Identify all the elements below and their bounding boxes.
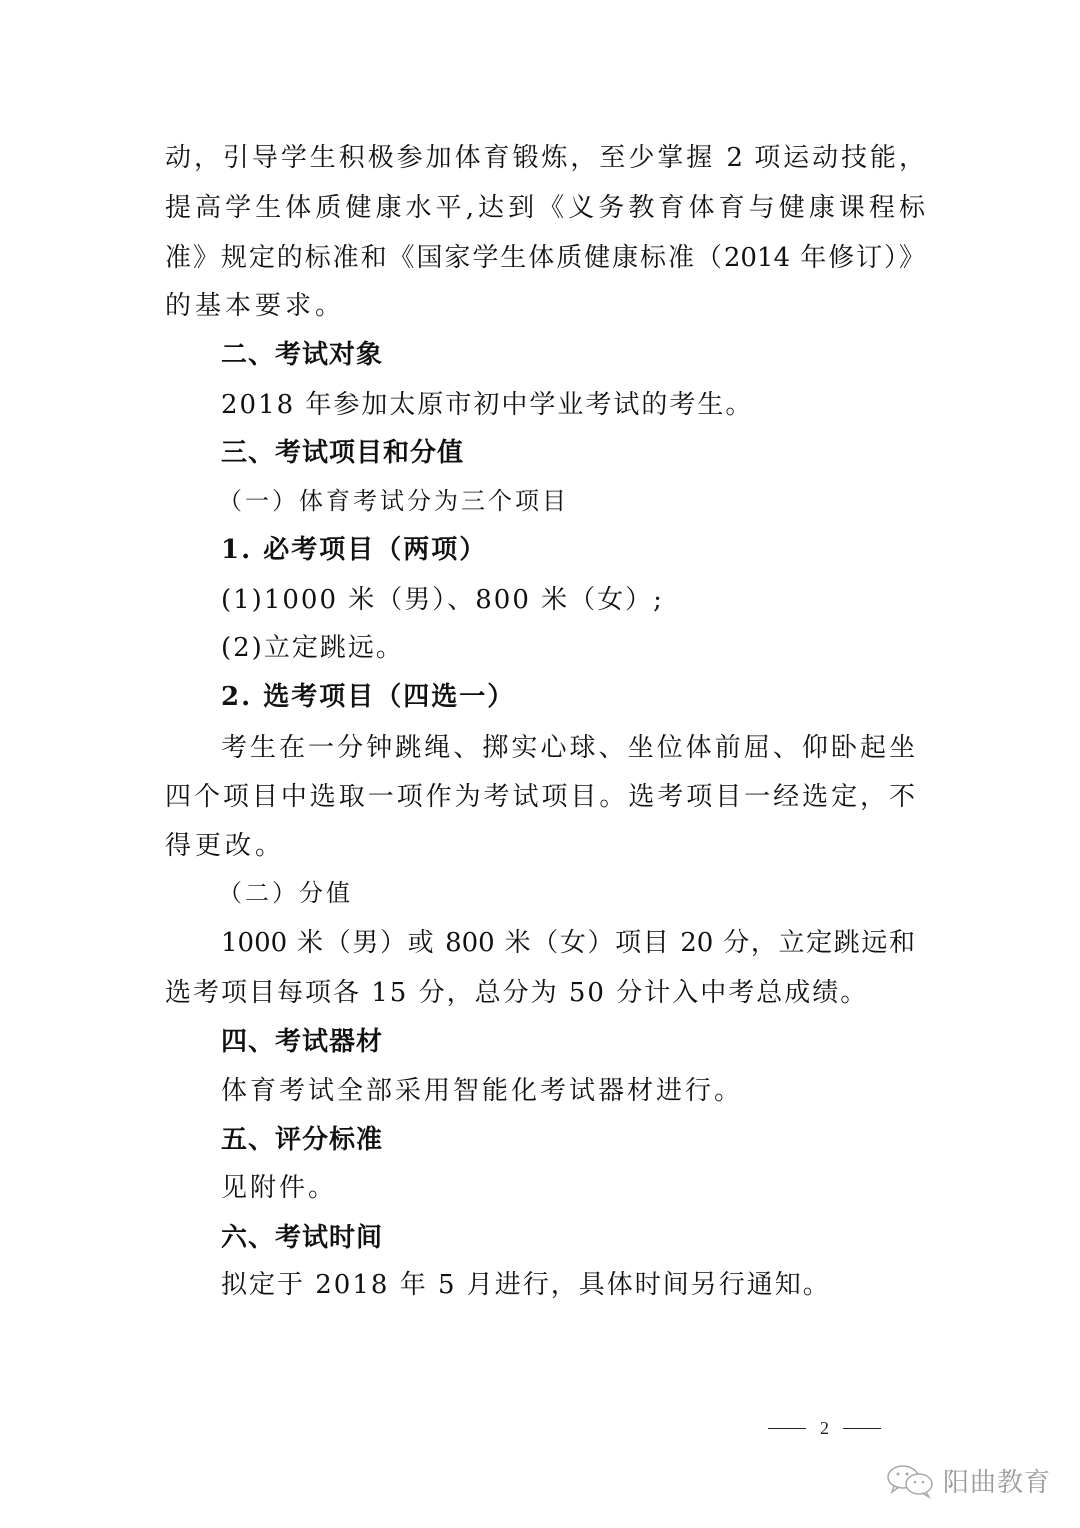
paragraph-line: 选考项目每项各 15 分，总分为 50 分计入中考总成绩。: [165, 973, 925, 1013]
paragraph-line: 提高学生体质健康水平,达到《义务教育体育与健康课程标: [165, 188, 925, 228]
paragraph-line: 见附件。: [221, 1168, 981, 1208]
watermark-text: 阳曲教育: [943, 1462, 1051, 1499]
paragraph-line: 1000 米（男）或 800 米（女）项目 20 分，立定跳远和: [221, 923, 915, 963]
section-heading: 六、考试时间: [221, 1218, 981, 1258]
item-title: 2. 选考项目（四选一）: [221, 677, 981, 717]
subsection-title: （一）体育考试分为三个项目: [218, 481, 978, 521]
page-number: 2: [768, 1418, 881, 1439]
item-line: (1)1000 米（男）、800 米（女）;: [221, 580, 981, 620]
paragraph-line: 得更改。: [165, 826, 925, 866]
document-page: 动，引导学生积极参加体育锻炼，至少掌握 2 项运动技能， 提高学生体质健康水平,…: [0, 0, 1080, 1528]
page-number-value: 2: [820, 1418, 829, 1439]
paragraph-line: 的基本要求。: [165, 286, 925, 326]
subsection-title: （二）分值: [218, 873, 978, 913]
section-heading: 二、考试对象: [221, 335, 981, 375]
item-line: (2)立定跳远。: [221, 628, 981, 668]
section-heading: 五、评分标准: [221, 1120, 981, 1160]
section-heading: 三、考试项目和分值: [221, 433, 981, 473]
watermark: 阳曲教育: [885, 1462, 1051, 1499]
paragraph-line: 准》规定的标准和《国家学生体质健康标准（2014 年修订）》: [165, 238, 925, 278]
paragraph-line: 动，引导学生积极参加体育锻炼，至少掌握 2 项运动技能，: [165, 138, 925, 178]
paragraph-line: 拟定于 2018 年 5 月进行，具体时间另行通知。: [221, 1265, 981, 1305]
paragraph-line: 体育考试全部采用智能化考试器材进行。: [221, 1071, 981, 1111]
item-title: 1. 必考项目（两项）: [221, 530, 981, 570]
paragraph-line: 四个项目中选取一项作为考试项目。选考项目一经选定，不: [165, 777, 915, 817]
wechat-icon: [885, 1463, 937, 1499]
dash-left: [768, 1428, 806, 1430]
paragraph-line: 考生在一分钟跳绳、掷实心球、坐位体前屈、仰卧起坐: [221, 728, 915, 768]
paragraph-line: 2018 年参加太原市初中学业考试的考生。: [221, 385, 981, 425]
section-heading: 四、考试器材: [221, 1022, 981, 1062]
dash-right: [843, 1428, 881, 1430]
